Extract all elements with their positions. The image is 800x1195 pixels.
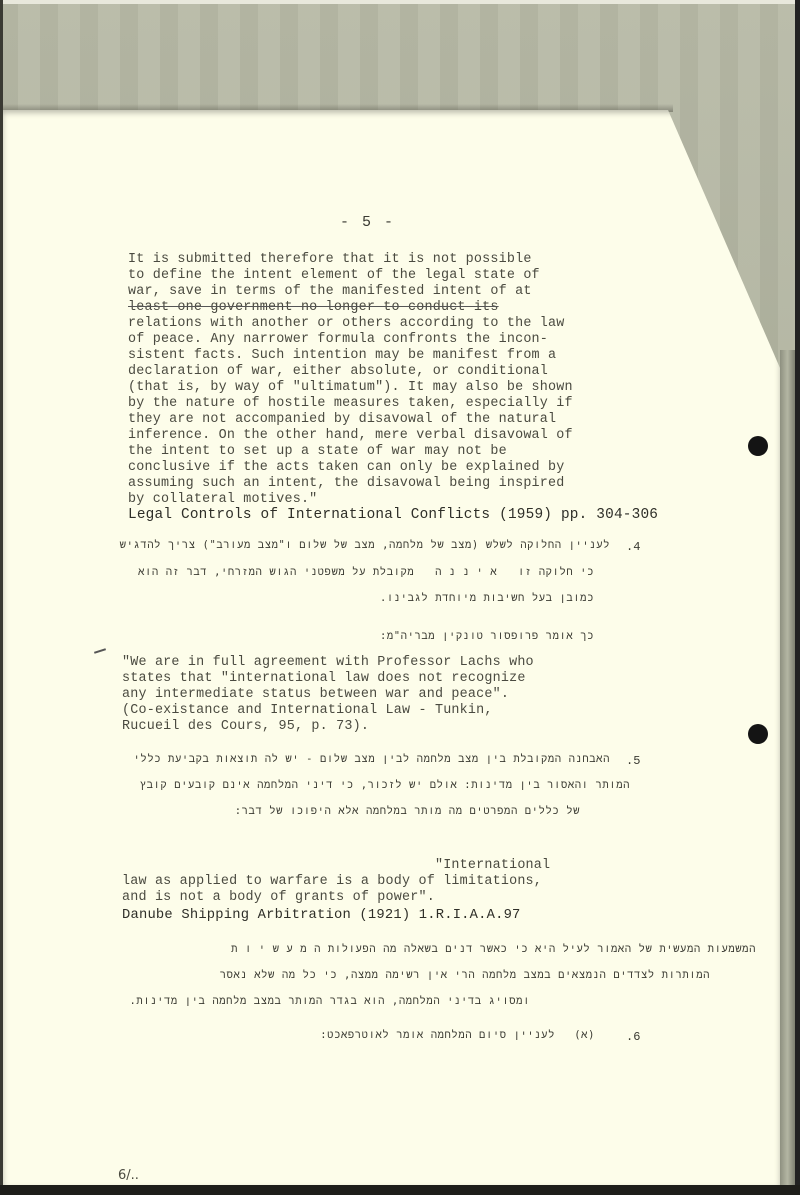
hebrew-line: ומסויג בדיני המלחמה, הוא בגדר המותר במצב… (130, 995, 531, 1008)
quote-line: (that is, by way of "ultimatum"). It may… (128, 380, 573, 396)
continuation-marker: 6/.. (118, 1168, 139, 1183)
quote-line: to define the intent element of the lega… (128, 268, 540, 284)
page-right-edge (780, 350, 795, 1185)
quote-line: relations with another or others accordi… (128, 316, 565, 332)
quote-line: "International (122, 858, 550, 874)
scanner-left-edge (0, 0, 3, 1195)
hebrew-line: האבחנה המקובלת בין מצב מלחמה לבין מצב של… (134, 753, 610, 766)
hebrew-line: המותרות לצדדים הנמצאים במצב מלחמה הרי אי… (220, 969, 710, 982)
punch-hole-icon (748, 724, 768, 744)
citation: Danube Shipping Arbitration (1921) 1.R.I… (122, 908, 521, 924)
quote-line: inference. On the other hand, mere verba… (128, 428, 573, 444)
quote-line: conclusive if the acts taken can only be… (128, 460, 565, 476)
quote-line: war, save in terms of the manifested int… (128, 284, 532, 300)
scanner-right-edge (795, 0, 800, 1195)
quote-line: any intermediate status between war and … (122, 687, 509, 703)
quote-line: states that "international law does not … (122, 671, 526, 687)
quote-line-struck: least one government no longer to conduc… (128, 300, 499, 316)
quote-line: law as applied to warfare is a body of l… (122, 874, 542, 890)
hebrew-line: המותר והאסור בין מדינות: אולם יש לזכור, … (140, 779, 630, 792)
page-number: - 5 - (340, 214, 395, 231)
quote-line: It is submitted therefore that it is not… (128, 252, 532, 268)
quote-line: by the nature of hostile measures taken,… (128, 396, 573, 412)
quote-line: sistent facts. Such intention may be man… (128, 348, 556, 364)
quote-line: by collateral motives." (128, 492, 317, 508)
scanner-bottom-edge (0, 1185, 800, 1195)
citation: Legal Controls of International Conflict… (128, 508, 658, 524)
scanner-top-edge (0, 0, 800, 4)
quote-line: Rucueil des Cours, 95, p. 73). (122, 719, 369, 735)
quote-line: they are not accompanied by disavowal of… (128, 412, 556, 428)
punch-hole-icon (748, 436, 768, 456)
quote-line: "We are in full agreement with Professor… (122, 655, 534, 671)
quote-line: and is not a body of grants of power". (122, 890, 435, 906)
quote-line: declaration of war, either absolute, or … (128, 364, 548, 380)
section-number: .5 (626, 754, 640, 768)
hebrew-line: המשמעות המעשית של האמור לעיל היא כי כאשר… (231, 943, 756, 956)
hebrew-line: לעניין החלוקה לשלש (מצב של מלחמה, מצב של… (120, 539, 610, 552)
hebrew-line: כמובן בעל חשיבות מיוחדת לגבינו. (380, 592, 594, 605)
quote-line: the intent to set up a state of war may … (128, 444, 507, 460)
section-number: .6 (626, 1030, 640, 1044)
hebrew-intro: כך אומר פרופסור טונקין מבריה"מ: (380, 630, 594, 643)
hebrew-line: של כללים המפרטים מה מותר במלחמה אלא היפו… (235, 805, 580, 818)
hebrew-line: לעניין סיום המלחמה אומר לאוטרפאכט: (320, 1029, 555, 1042)
hebrew-line: כי חלוקה זו א י נ נ ה מקובלת על משפטני ה… (138, 566, 594, 579)
quote-line: assuming such an intent, the disavowal b… (128, 476, 565, 492)
subsection-label: (א) (574, 1029, 595, 1042)
quote-line: of peace. Any narrower formula confronts… (128, 332, 548, 348)
section-number: .4 (626, 540, 640, 554)
quote-line: (Co-existance and International Law - Tu… (122, 703, 493, 719)
